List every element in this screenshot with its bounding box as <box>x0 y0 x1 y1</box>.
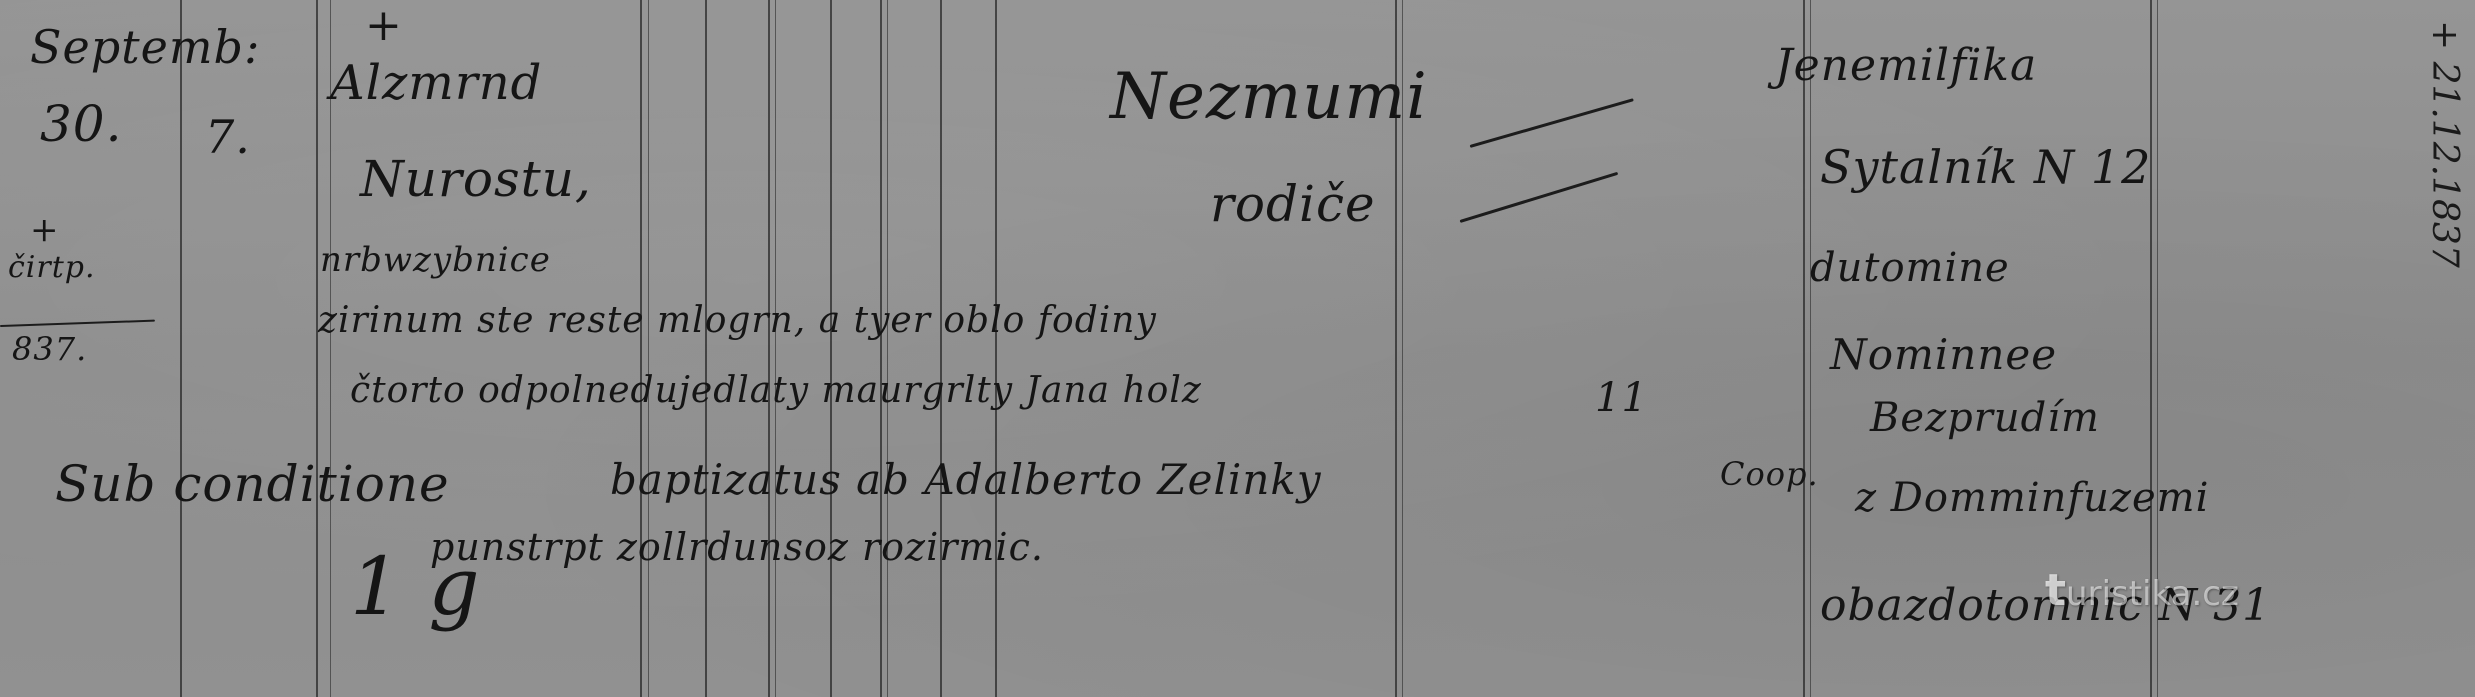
column-rule <box>705 0 707 697</box>
margin-vertical-note: + 21.12.1837 <box>2424 20 2465 268</box>
name-line-3: nrbwzybnice <box>320 240 551 280</box>
parents-line-3: dutomine <box>1810 245 2010 291</box>
column-rule <box>180 0 182 697</box>
parents-line-5: Bezprudím <box>1870 395 2100 441</box>
column-rule <box>640 0 642 697</box>
numeral-text: 1 g <box>350 540 481 633</box>
column-rule <box>648 0 649 697</box>
column-rule <box>880 0 882 697</box>
note-text: punstrpt zollrdunsoz rozirmic. <box>430 525 1044 569</box>
parents-line-1: Jenemilfika <box>1775 40 2037 91</box>
watermark: turistika.cz <box>2045 565 2239 616</box>
name-line-4: zirinum ste reste mlogrn, a tyer oblo fo… <box>318 300 1157 341</box>
column-rule <box>887 0 888 697</box>
baptized-text: baptizatus ab Adalberto Zelinky <box>610 455 1322 504</box>
center-line-2: rodiče <box>1210 175 1376 233</box>
parents-line-6: z Domminfuzemi <box>1855 475 2209 521</box>
day-text: 30. <box>40 95 123 153</box>
column-rule <box>316 0 318 697</box>
strike-line <box>1470 98 1634 148</box>
column-rule <box>768 0 770 697</box>
column-rule <box>1810 0 1811 697</box>
death-note-bottom: 837. <box>12 330 87 368</box>
coop-text: Coop. <box>1720 455 1819 493</box>
death-note-top: čirtp. <box>8 250 96 285</box>
parents-line-4: Nominnee <box>1830 330 2057 379</box>
column-rule <box>995 0 997 697</box>
register-page: Septemb: 30. + čirtp. 837. 7. + Alzmrnd … <box>0 0 2475 697</box>
name-line-5: čtorto odpolnedujedlaty maurgrlty Jana h… <box>350 370 1202 411</box>
house-number: 7. <box>205 110 251 164</box>
condition-text: Sub conditione <box>55 455 450 513</box>
month-text: Septemb: <box>30 20 260 74</box>
center-line-1: Nezmumi <box>1110 60 1428 134</box>
watermark-logo-letter: t <box>2045 565 2066 616</box>
watermark-text: uristika.cz <box>2066 574 2239 614</box>
name-cross: + <box>365 0 403 51</box>
column-rule <box>940 0 942 697</box>
column-rule <box>1803 0 1805 697</box>
parents-line-2: Sytalník N 12 <box>1820 140 2151 194</box>
strike-line <box>1460 172 1619 223</box>
name-line-2: Nurostu, <box>360 150 592 208</box>
column-rule <box>830 0 832 697</box>
name-line-1: Alzmrnd <box>330 55 542 111</box>
fraction-line <box>0 320 155 327</box>
death-cross: + <box>30 210 60 250</box>
name-ordinal: 11 <box>1595 375 1648 421</box>
column-rule <box>775 0 776 697</box>
